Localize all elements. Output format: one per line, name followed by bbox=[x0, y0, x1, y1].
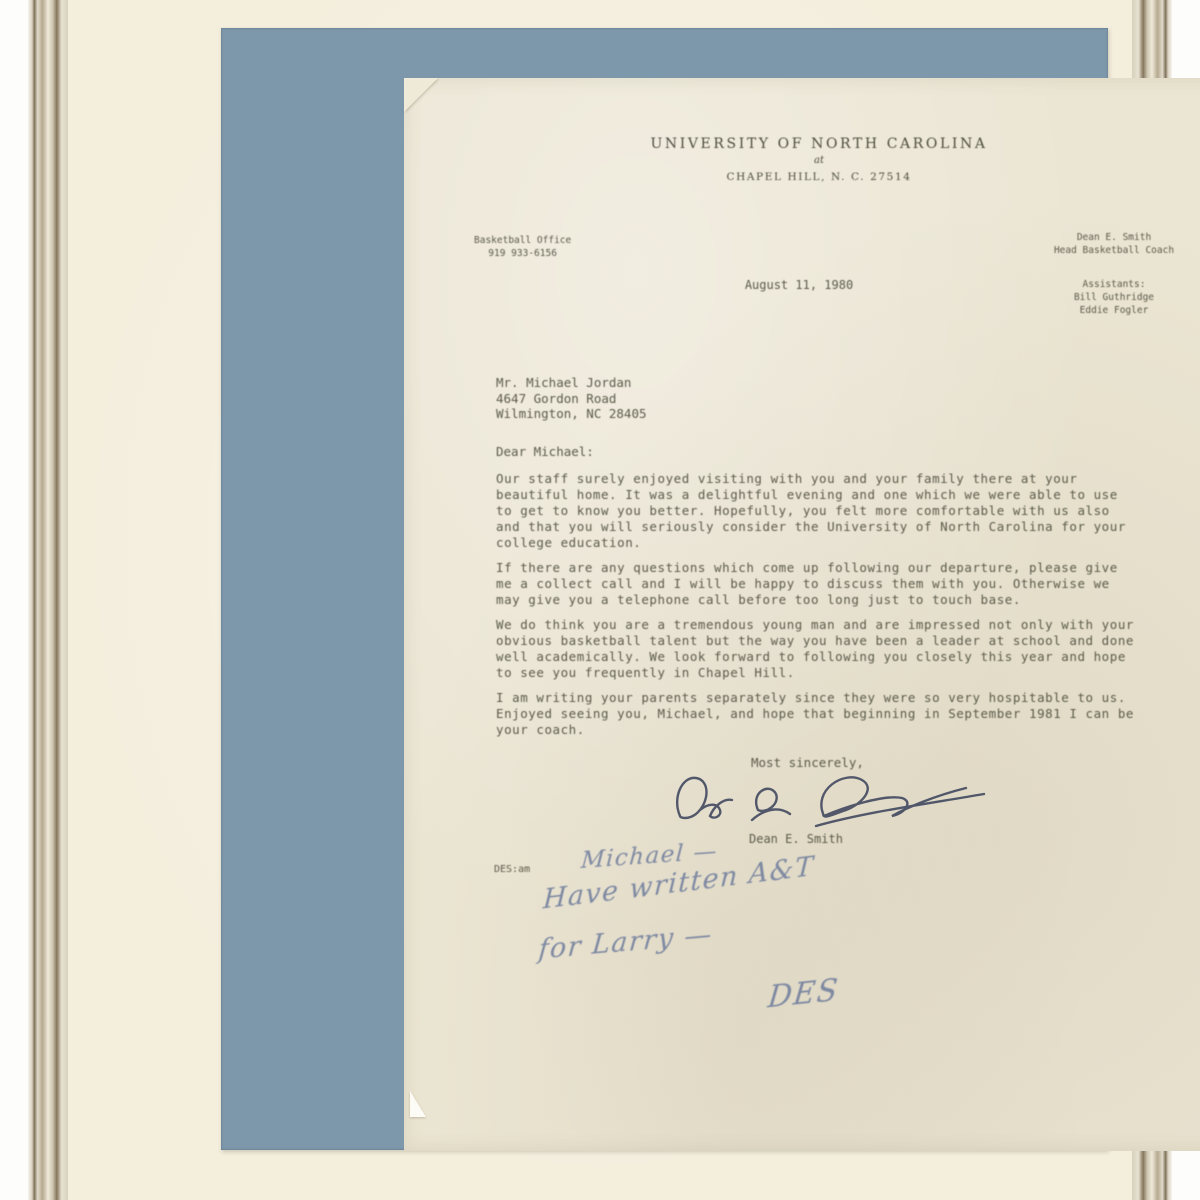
office-line: Basketball Office bbox=[474, 234, 571, 247]
picture-frame-left-moulding bbox=[28, 0, 68, 1200]
handwritten-initials: DES bbox=[766, 973, 840, 1016]
coach-name: Dean E. Smith bbox=[1014, 231, 1200, 244]
letterhead-coach-block: Dean E. Smith Head Basketball Coach bbox=[1014, 231, 1200, 257]
office-phone: 919 933-6156 bbox=[474, 247, 571, 260]
assistant-name: Eddie Fogler bbox=[1044, 304, 1184, 317]
body-paragraph: We do think you are a tremendous young m… bbox=[496, 617, 1136, 681]
assistant-name: Bill Guthridge bbox=[1044, 291, 1184, 304]
body-paragraph: If there are any questions which come up… bbox=[496, 560, 1136, 608]
body-paragraph: I am writing your parents separately sin… bbox=[496, 690, 1136, 738]
mounting-corner-bottom-left bbox=[410, 1091, 426, 1117]
letterhead-title: UNIVERSITY OF NORTH CAROLINA bbox=[404, 136, 1200, 152]
photo-of-framed-letter: UNIVERSITY OF NORTH CAROLINA at CHAPEL H… bbox=[0, 0, 1200, 1200]
recipient-city: Wilmington, NC 28405 bbox=[496, 406, 647, 422]
cream-mat-board: UNIVERSITY OF NORTH CAROLINA at CHAPEL H… bbox=[68, 0, 1132, 1200]
recipient-name: Mr. Michael Jordan bbox=[496, 375, 647, 391]
assistants-label: Assistants: bbox=[1044, 278, 1184, 291]
letterhead-city-line: CHAPEL HILL, N. C. 27514 bbox=[404, 171, 1200, 183]
recipient-street: 4647 Gordon Road bbox=[496, 391, 647, 407]
letter-body: Our staff surely enjoyed visiting with y… bbox=[496, 471, 1136, 747]
letterhead-office-block: Basketball Office 919 933-6156 bbox=[474, 234, 571, 260]
body-paragraph: Our staff surely enjoyed visiting with y… bbox=[496, 471, 1136, 551]
handwritten-note-line: for Larry — bbox=[537, 919, 714, 966]
letterhead-at: at bbox=[404, 155, 1200, 166]
coach-title: Head Basketball Coach bbox=[1014, 244, 1200, 257]
typed-signature-name: Dean E. Smith bbox=[749, 832, 843, 846]
recipient-address: Mr. Michael Jordan 4647 Gordon Road Wilm… bbox=[496, 375, 647, 422]
date-line: August 11, 1980 bbox=[714, 278, 884, 292]
typist-notation: DES:am bbox=[494, 864, 530, 875]
letterhead: UNIVERSITY OF NORTH CAROLINA at CHAPEL H… bbox=[404, 136, 1200, 183]
letterhead-assistants-block: Assistants: Bill Guthridge Eddie Fogler bbox=[1044, 278, 1184, 317]
letter-paper: UNIVERSITY OF NORTH CAROLINA at CHAPEL H… bbox=[404, 78, 1200, 1151]
salutation: Dear Michael: bbox=[496, 444, 594, 459]
blue-inner-mat: UNIVERSITY OF NORTH CAROLINA at CHAPEL H… bbox=[221, 28, 1108, 1150]
paper-corner-fold-top-left bbox=[404, 78, 438, 112]
